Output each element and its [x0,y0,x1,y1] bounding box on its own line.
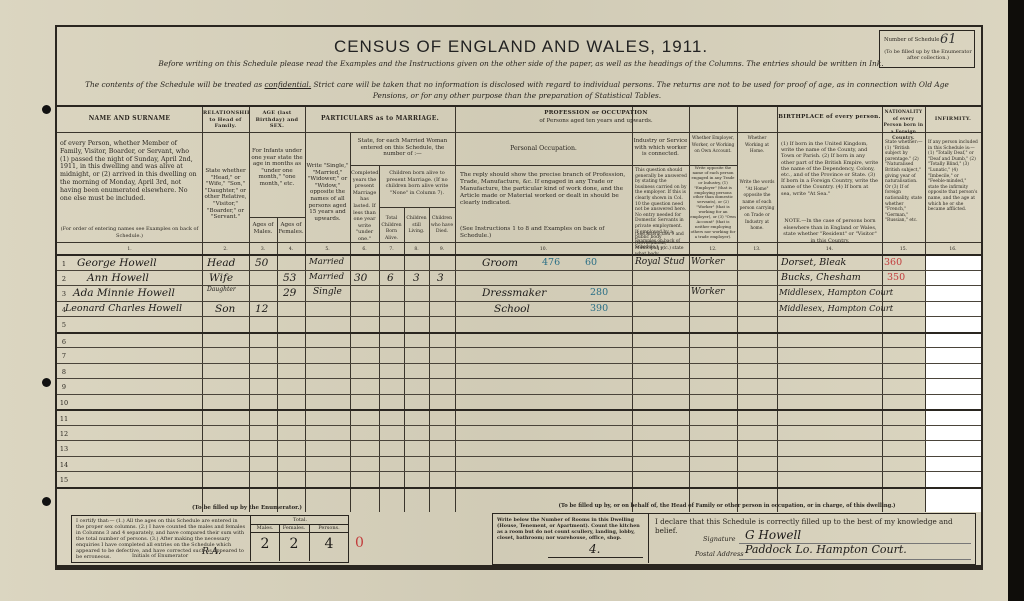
address-label: Postal Address [695,550,744,558]
table-row: 4 Leonard Charles Howell Son 12 School 3… [57,301,981,318]
punch-hole [42,497,51,506]
relationship-cell[interactable]: Wife [209,272,233,284]
header-personal-occupation-note: (See Instructions 1 to 8 and Examples on… [459,225,629,240]
enumerator-caption: (To be filled up by the Enumerator.) [127,505,367,511]
declaration-text: I declare that this Schedule is correctl… [655,517,975,535]
form-title: CENSUS OF ENGLAND AND WALES, 1911. [57,37,985,57]
header-at-home: Whether Working at Home. [737,135,777,157]
children-born-cell[interactable]: 6 [387,272,394,284]
header-relationship-desc: State whether "Head," or "Wife," "Son," … [202,167,249,222]
punch-hole [42,105,51,114]
header-marriage-write: Write "Single," "Married," "Widower," or… [305,162,350,223]
schedule-number-note: (To be filled up by the Enumerator after… [884,49,972,61]
header-children-living: Children still Living. [404,215,429,237]
header-name-desc: of every Person, whether Member of Famil… [59,139,200,203]
table-row: 8 [57,363,981,380]
header-age-females: Ages of Females. [277,221,305,236]
employer-cell[interactable]: Worker [691,257,724,267]
header-children-total: Total Children Born Alive. [379,215,404,243]
confidentiality-notice: The contents of the Schedule will be tre… [67,79,967,101]
header-nationality-desc: State whether:— (1) "British subject by … [884,139,924,225]
header-profession-sub: of Persons aged ten years and upwards. [455,117,737,126]
table-row: 10 [57,394,981,411]
occupation-cell[interactable]: Dressmaker [482,287,546,299]
age-female-cell[interactable]: 53 [283,272,296,284]
total-females[interactable]: 2 [279,536,309,552]
bottom-rule [57,565,981,568]
industry-cell[interactable]: Royal Stud [635,257,685,267]
age-female-cell[interactable]: 29 [283,287,296,299]
schedule-number-value[interactable]: 61 [940,32,957,47]
marriage-years-cell[interactable]: 30 [354,272,367,284]
header-infirmity: INFIRMITY. [925,115,981,124]
header-age-males: Ages of Males. [249,221,277,236]
header-birthplace: BIRTHPLACE of every person. [777,113,882,122]
name-cell[interactable]: George Howell [77,257,157,269]
header-marriage-years: Completed years the present Marriage has… [350,169,379,244]
header-at-home-desc: Write the words "At Home" opposite the n… [737,179,777,234]
table-row: 2 Ann Howell Wife 53 Married 30 6 3 3 Bu… [57,270,981,287]
birthplace-cell[interactable]: Dorset, Bleak [781,257,846,268]
birthplace-cell[interactable]: Bucks, Chesham [781,272,861,283]
rooms-box: Write below the Number of Rooms in this … [493,514,649,563]
initials-value[interactable]: R.A. [202,547,221,557]
table-row: 9 [57,378,981,395]
header-marriage: PARTICULARS as to MARRIAGE. [305,115,455,124]
header-age: AGE (last Birthday) and SEX. [249,109,305,131]
employer-cell[interactable]: Worker [691,287,724,297]
name-cell[interactable]: Ada Minnie Howell [73,287,175,299]
table-row: 5 [57,316,981,333]
head-caption: (To be filled up by, or on behalf of, th… [477,503,977,509]
header-employer: Whether Employer, Worker, or Working on … [689,135,737,157]
address-value[interactable]: Paddock Lo. Hampton Court. [745,543,907,556]
marital-cell[interactable]: Married [309,257,344,267]
red-check-mark: 0 [355,535,364,551]
marital-cell[interactable]: Single [313,287,342,297]
occupation-code: 390 [590,303,608,314]
table-row: 12 [57,425,981,442]
form-frame: CENSUS OF ENGLAND AND WALES, 1911. Befor… [55,25,983,570]
instruction-line: Before writing on this Schedule please r… [57,59,985,68]
name-cell[interactable]: Ann Howell [87,272,149,284]
table-row: 7 [57,347,981,364]
totals-grid: Total. Males. Females. Persons. 2 2 4 [250,516,349,561]
name-cell[interactable]: Leonard Charles Howell [65,303,182,314]
table-row: 13 [57,440,981,457]
column-number-strip: 1. 2. 3. 4. 5. 6. 7. 8. 9. 10. 11. 12. 1… [57,247,981,253]
header-marriage-state: State, for each Married Woman entered on… [350,137,455,159]
birthplace-code: 360 [884,257,902,268]
table-row: 3 Ada Minnie Howell Daughter 29 Single D… [57,285,981,302]
birthplace-cell[interactable]: Middlesex, Hampton Court [779,287,893,297]
occupation-code-2: 60 [585,257,597,268]
total-persons[interactable]: 4 [309,536,349,552]
total-males[interactable]: 2 [251,536,279,552]
header-personal-occupation-desc: The reply should show the precise branch… [459,171,629,208]
relationship-cell[interactable]: Daughter [207,286,236,293]
signature-value[interactable]: G Howell [745,528,801,542]
signature-label: Signature [703,535,736,543]
occupation-code: 476 [542,257,560,268]
declaration-box: Write below the Number of Rooms in this … [492,513,976,565]
table-row: 14 [57,456,981,473]
header-personal-occupation: Personal Occupation. [455,145,632,154]
header-children: Children born alive to present Marriage.… [379,169,455,197]
header-name-note: (For order of entering names see Example… [59,225,200,240]
birthplace-cell[interactable]: Middlesex, Hampton Court [779,303,893,313]
header-birthplace-note: NOTE.—In the case of persons born elsewh… [780,217,880,245]
header-birthplace-desc: (1) If born in the United Kingdom, write… [780,140,880,198]
rooms-value[interactable]: 4. [589,542,600,556]
children-living-cell[interactable]: 3 [413,272,420,284]
age-male-cell[interactable]: 12 [255,303,268,315]
marital-cell[interactable]: Married [309,272,344,282]
schedule-number-label: Number of Schedule [884,37,939,43]
header-relationship: RELATIONSHIP to Head of Family. [202,109,249,131]
header-name: NAME AND SURNAME [57,115,202,124]
schedule-number-box: Number of Schedule 61 (To be filled up b… [879,30,975,68]
occupation-cell[interactable]: School [494,303,530,315]
header-infirmity-desc: If any person included in this Schedule … [927,139,979,214]
header-industry: Industry or Service with which worker is… [632,137,689,159]
table-row: 15 [57,471,981,488]
relationship-cell[interactable]: Son [215,303,235,315]
census-schedule-page: CENSUS OF ENGLAND AND WALES, 1911. Befor… [0,0,1008,601]
occupation-code: 280 [590,287,608,298]
relationship-cell[interactable]: Head [207,257,235,269]
birthplace-code: 350 [887,272,905,283]
header-employer-desc: Write opposite the name of each person e… [689,165,737,241]
header-children-died: Children who have Died. [429,215,455,237]
header-rule [57,105,981,107]
header-age-desc: For Infants under one year state the age… [249,147,305,189]
initials-label: Initials of Enumerator [132,553,188,559]
punch-hole [42,378,51,387]
children-died-cell[interactable]: 3 [437,272,444,284]
rooms-instruction: Write below the Number of Rooms in this … [497,517,645,541]
age-male-cell[interactable]: 50 [255,257,268,269]
occupation-cell[interactable]: Groom [482,257,518,269]
enumerator-box: I certify that:— (1.) All the ages on th… [71,515,349,563]
